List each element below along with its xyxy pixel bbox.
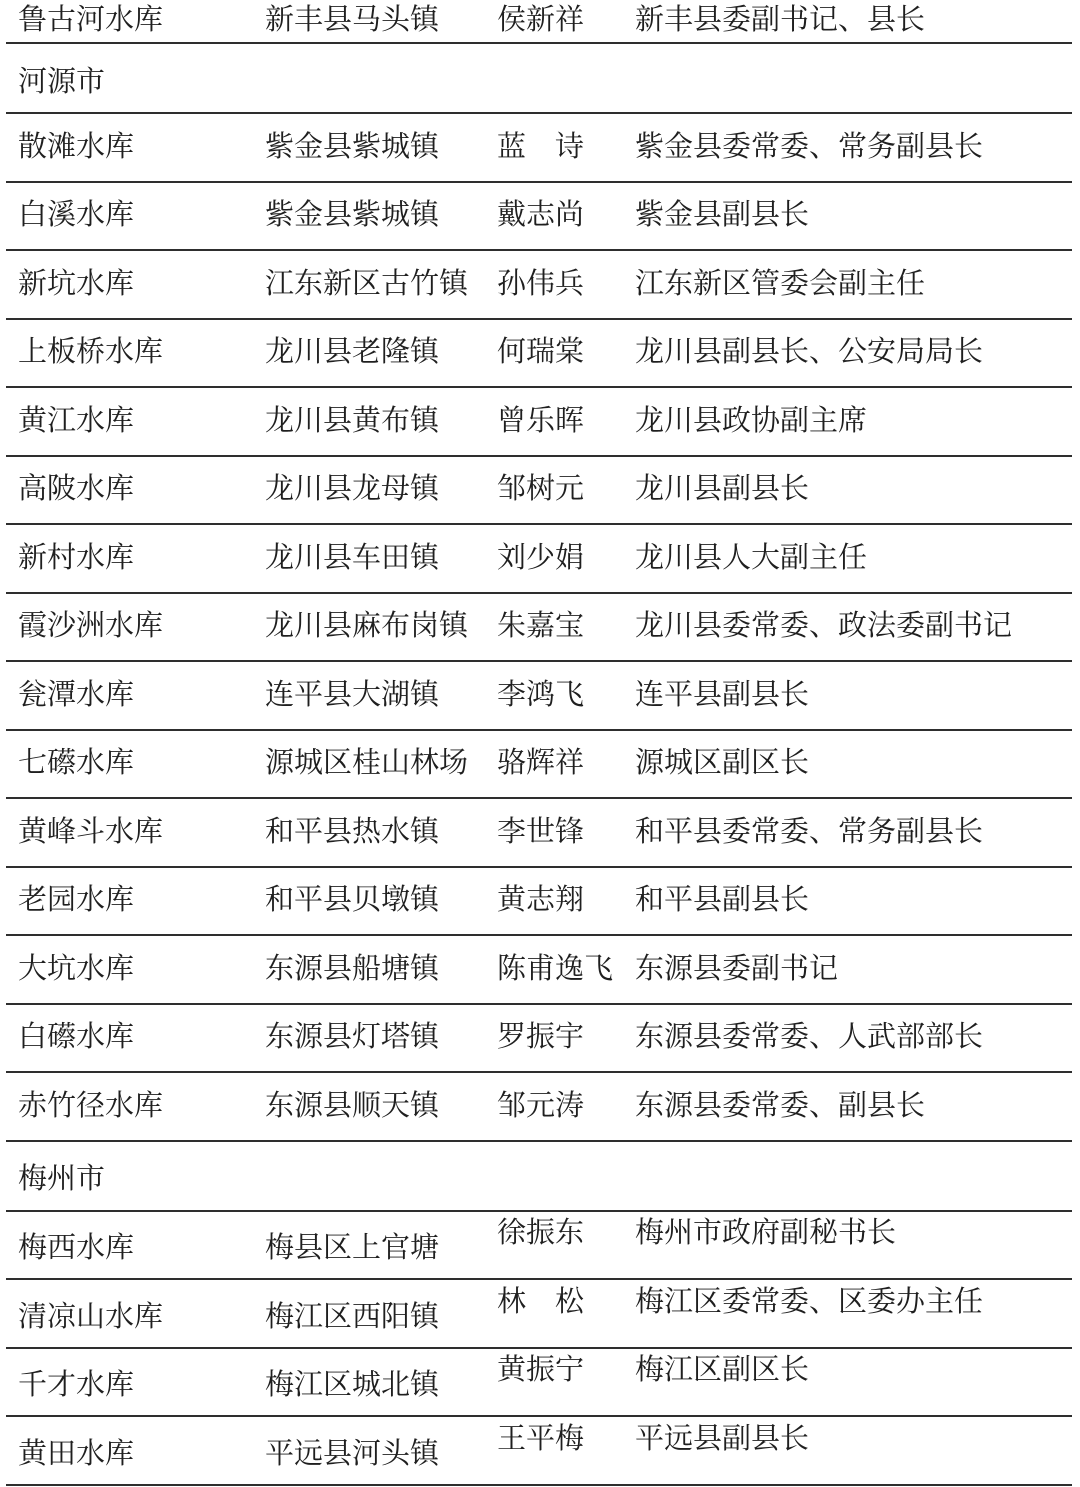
reservoir-name: 赤竹径水库 bbox=[6, 1089, 265, 1124]
town-name: 源城区桂山林场 bbox=[265, 746, 497, 781]
town-name: 龙川县麻布岗镇 bbox=[265, 609, 497, 644]
table-row: 大坑水库 东源县船塘镇 陈甫逸飞 东源县委副书记 bbox=[6, 936, 1072, 1005]
town-name: 紫金县紫城镇 bbox=[265, 198, 497, 233]
position-title: 东源县委副书记 bbox=[635, 952, 1072, 987]
reservoir-responsibility-table: 鲁古河水库 新丰县马头镇 侯新祥 新丰县委副书记、县长 河源市 散滩水库 紫金县… bbox=[6, 0, 1072, 1486]
position-title: 龙川县副县长、公安局局长 bbox=[635, 335, 1072, 370]
person-name: 邹元涛 bbox=[497, 1089, 635, 1124]
reservoir-name: 老园水库 bbox=[6, 883, 265, 918]
position-title: 紫金县委常委、常务副县长 bbox=[635, 130, 1072, 165]
reservoir-name: 散滩水库 bbox=[6, 130, 265, 165]
reservoir-name: 黄田水库 bbox=[6, 1437, 265, 1472]
person-name: 曾乐晖 bbox=[497, 404, 635, 439]
person-name: 陈甫逸飞 bbox=[497, 952, 635, 987]
position-title: 梅江区委常委、区委办主任 bbox=[635, 1285, 1072, 1320]
table-row: 赤竹径水库 东源县顺天镇 邹元涛 东源县委常委、副县长 bbox=[6, 1073, 1072, 1142]
table-row: 清凉山水库 梅江区西阳镇 林 松 梅江区委常委、区委办主任 bbox=[6, 1280, 1072, 1349]
town-name: 东源县灯塔镇 bbox=[265, 1020, 497, 1055]
town-name: 和平县贝墩镇 bbox=[265, 883, 497, 918]
town-name: 紫金县紫城镇 bbox=[265, 130, 497, 165]
reservoir-name: 瓮潭水库 bbox=[6, 678, 265, 713]
position-title: 龙川县委常委、政法委副书记 bbox=[635, 609, 1072, 644]
person-name: 刘少娟 bbox=[497, 541, 635, 576]
reservoir-name: 新坑水库 bbox=[6, 267, 265, 302]
section-header-heyuan: 河源市 bbox=[6, 44, 1072, 114]
person-name: 林 松 bbox=[497, 1285, 635, 1320]
table-row: 梅西水库 梅县区上官塘 徐振东 梅州市政府副秘书长 bbox=[6, 1212, 1072, 1281]
person-name: 黄志翔 bbox=[497, 883, 635, 918]
person-name: 蓝 诗 bbox=[497, 130, 635, 165]
reservoir-name: 霞沙洲水库 bbox=[6, 609, 265, 644]
reservoir-name: 高陂水库 bbox=[6, 472, 265, 507]
person-name: 李鸿飞 bbox=[497, 678, 635, 713]
position-title: 紫金县副县长 bbox=[635, 198, 1072, 233]
table-row: 散滩水库 紫金县紫城镇 蓝 诗 紫金县委常委、常务副县长 bbox=[6, 114, 1072, 183]
reservoir-name: 白礤水库 bbox=[6, 1020, 265, 1055]
reservoir-name: 清凉山水库 bbox=[6, 1300, 265, 1335]
town-name: 龙川县黄布镇 bbox=[265, 404, 497, 439]
reservoir-name: 鲁古河水库 bbox=[6, 3, 265, 38]
person-name: 邹树元 bbox=[497, 472, 635, 507]
person-name: 罗振宇 bbox=[497, 1020, 635, 1055]
reservoir-name: 新村水库 bbox=[6, 541, 265, 576]
town-name: 新丰县马头镇 bbox=[265, 3, 497, 38]
town-name: 梅江区城北镇 bbox=[265, 1368, 497, 1403]
table-row: 黄田水库 平远县河头镇 王平梅 平远县副县长 bbox=[6, 1417, 1072, 1486]
section-header-meizhou: 梅州市 bbox=[6, 1142, 1072, 1212]
person-name: 李世锋 bbox=[497, 815, 635, 850]
town-name: 平远县河头镇 bbox=[265, 1437, 497, 1472]
position-title: 梅江区副区长 bbox=[635, 1353, 1072, 1388]
town-name: 和平县热水镇 bbox=[265, 815, 497, 850]
position-title: 连平县副县长 bbox=[635, 678, 1072, 713]
table-row: 瓮潭水库 连平县大湖镇 李鸿飞 连平县副县长 bbox=[6, 662, 1072, 731]
position-title: 新丰县委副书记、县长 bbox=[635, 3, 1072, 38]
table-row: 新村水库 龙川县车田镇 刘少娟 龙川县人大副主任 bbox=[6, 525, 1072, 594]
person-name: 戴志尚 bbox=[497, 198, 635, 233]
person-name: 徐振东 bbox=[497, 1216, 635, 1251]
reservoir-name: 千才水库 bbox=[6, 1368, 265, 1403]
position-title: 龙川县政协副主席 bbox=[635, 404, 1072, 439]
person-name: 侯新祥 bbox=[497, 3, 635, 38]
table-row: 老园水库 和平县贝墩镇 黄志翔 和平县副县长 bbox=[6, 868, 1072, 937]
person-name: 骆辉祥 bbox=[497, 746, 635, 781]
position-title: 东源县委常委、人武部部长 bbox=[635, 1020, 1072, 1055]
position-title: 和平县副县长 bbox=[635, 883, 1072, 918]
position-title: 东源县委常委、副县长 bbox=[635, 1089, 1072, 1124]
table-row: 新坑水库 江东新区古竹镇 孙伟兵 江东新区管委会副主任 bbox=[6, 251, 1072, 320]
position-title: 江东新区管委会副主任 bbox=[635, 267, 1072, 302]
table-row: 黄峰斗水库 和平县热水镇 李世锋 和平县委常委、常务副县长 bbox=[6, 799, 1072, 868]
reservoir-name: 大坑水库 bbox=[6, 952, 265, 987]
position-title: 平远县副县长 bbox=[635, 1422, 1072, 1457]
reservoir-name: 七礤水库 bbox=[6, 746, 265, 781]
town-name: 江东新区古竹镇 bbox=[265, 267, 497, 302]
position-title: 龙川县副县长 bbox=[635, 472, 1072, 507]
position-title: 和平县委常委、常务副县长 bbox=[635, 815, 1072, 850]
reservoir-name: 白溪水库 bbox=[6, 198, 265, 233]
person-name: 何瑞棠 bbox=[497, 335, 635, 370]
table-row: 白溪水库 紫金县紫城镇 戴志尚 紫金县副县长 bbox=[6, 183, 1072, 252]
position-title: 梅州市政府副秘书长 bbox=[635, 1216, 1072, 1251]
person-name: 孙伟兵 bbox=[497, 267, 635, 302]
town-name: 梅县区上官塘 bbox=[265, 1231, 497, 1266]
reservoir-name: 黄峰斗水库 bbox=[6, 815, 265, 850]
town-name: 东源县船塘镇 bbox=[265, 952, 497, 987]
town-name: 龙川县老隆镇 bbox=[265, 335, 497, 370]
position-title: 源城区副区长 bbox=[635, 746, 1072, 781]
town-name: 连平县大湖镇 bbox=[265, 678, 497, 713]
person-name: 王平梅 bbox=[497, 1422, 635, 1457]
city-name: 梅州市 bbox=[6, 1154, 105, 1197]
table-row: 上板桥水库 龙川县老隆镇 何瑞棠 龙川县副县长、公安局局长 bbox=[6, 320, 1072, 389]
reservoir-name: 上板桥水库 bbox=[6, 335, 265, 370]
town-name: 龙川县车田镇 bbox=[265, 541, 497, 576]
position-title: 龙川县人大副主任 bbox=[635, 541, 1072, 576]
town-name: 梅江区西阳镇 bbox=[265, 1300, 497, 1335]
table-row: 鲁古河水库 新丰县马头镇 侯新祥 新丰县委副书记、县长 bbox=[6, 0, 1072, 44]
table-row: 千才水库 梅江区城北镇 黄振宁 梅江区副区长 bbox=[6, 1349, 1072, 1418]
town-name: 龙川县龙母镇 bbox=[265, 472, 497, 507]
table-row: 高陂水库 龙川县龙母镇 邹树元 龙川县副县长 bbox=[6, 457, 1072, 526]
table-row: 黄江水库 龙川县黄布镇 曾乐晖 龙川县政协副主席 bbox=[6, 388, 1072, 457]
person-name: 黄振宁 bbox=[497, 1353, 635, 1388]
table-row: 七礤水库 源城区桂山林场 骆辉祥 源城区副区长 bbox=[6, 731, 1072, 800]
reservoir-name: 黄江水库 bbox=[6, 404, 265, 439]
reservoir-name: 梅西水库 bbox=[6, 1231, 265, 1266]
document-page: 鲁古河水库 新丰县马头镇 侯新祥 新丰县委副书记、县长 河源市 散滩水库 紫金县… bbox=[0, 0, 1080, 1487]
town-name: 东源县顺天镇 bbox=[265, 1089, 497, 1124]
city-name: 河源市 bbox=[6, 57, 105, 100]
table-row: 白礤水库 东源县灯塔镇 罗振宇 东源县委常委、人武部部长 bbox=[6, 1005, 1072, 1074]
person-name: 朱嘉宝 bbox=[497, 609, 635, 644]
table-row: 霞沙洲水库 龙川县麻布岗镇 朱嘉宝 龙川县委常委、政法委副书记 bbox=[6, 594, 1072, 663]
